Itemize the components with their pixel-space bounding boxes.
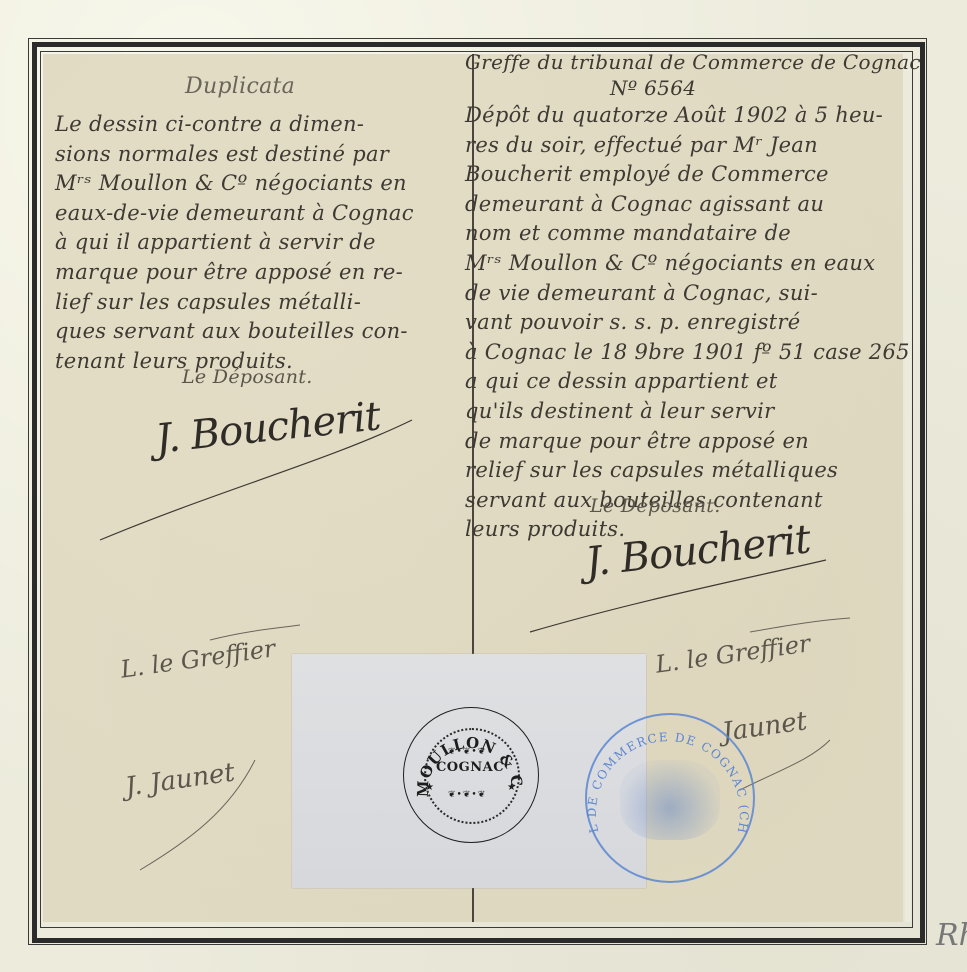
- fleur-ornament-icon: ❦•❦•❦: [448, 790, 486, 800]
- margin-initials: Rh: [936, 918, 967, 953]
- fleur-ornament-icon: ❦•❦•❦: [448, 747, 486, 757]
- star-icon: ★: [507, 782, 516, 793]
- stamp-allegory-figure-icon: [620, 760, 720, 840]
- star-icon: ★: [425, 782, 434, 793]
- capsule-center-text: COGNAC: [400, 760, 540, 775]
- capsule-arc-text: MOULLON & Cº: [0, 0, 967, 972]
- svg-text:MOULLON & Cº: MOULLON & Cº: [0, 0, 526, 797]
